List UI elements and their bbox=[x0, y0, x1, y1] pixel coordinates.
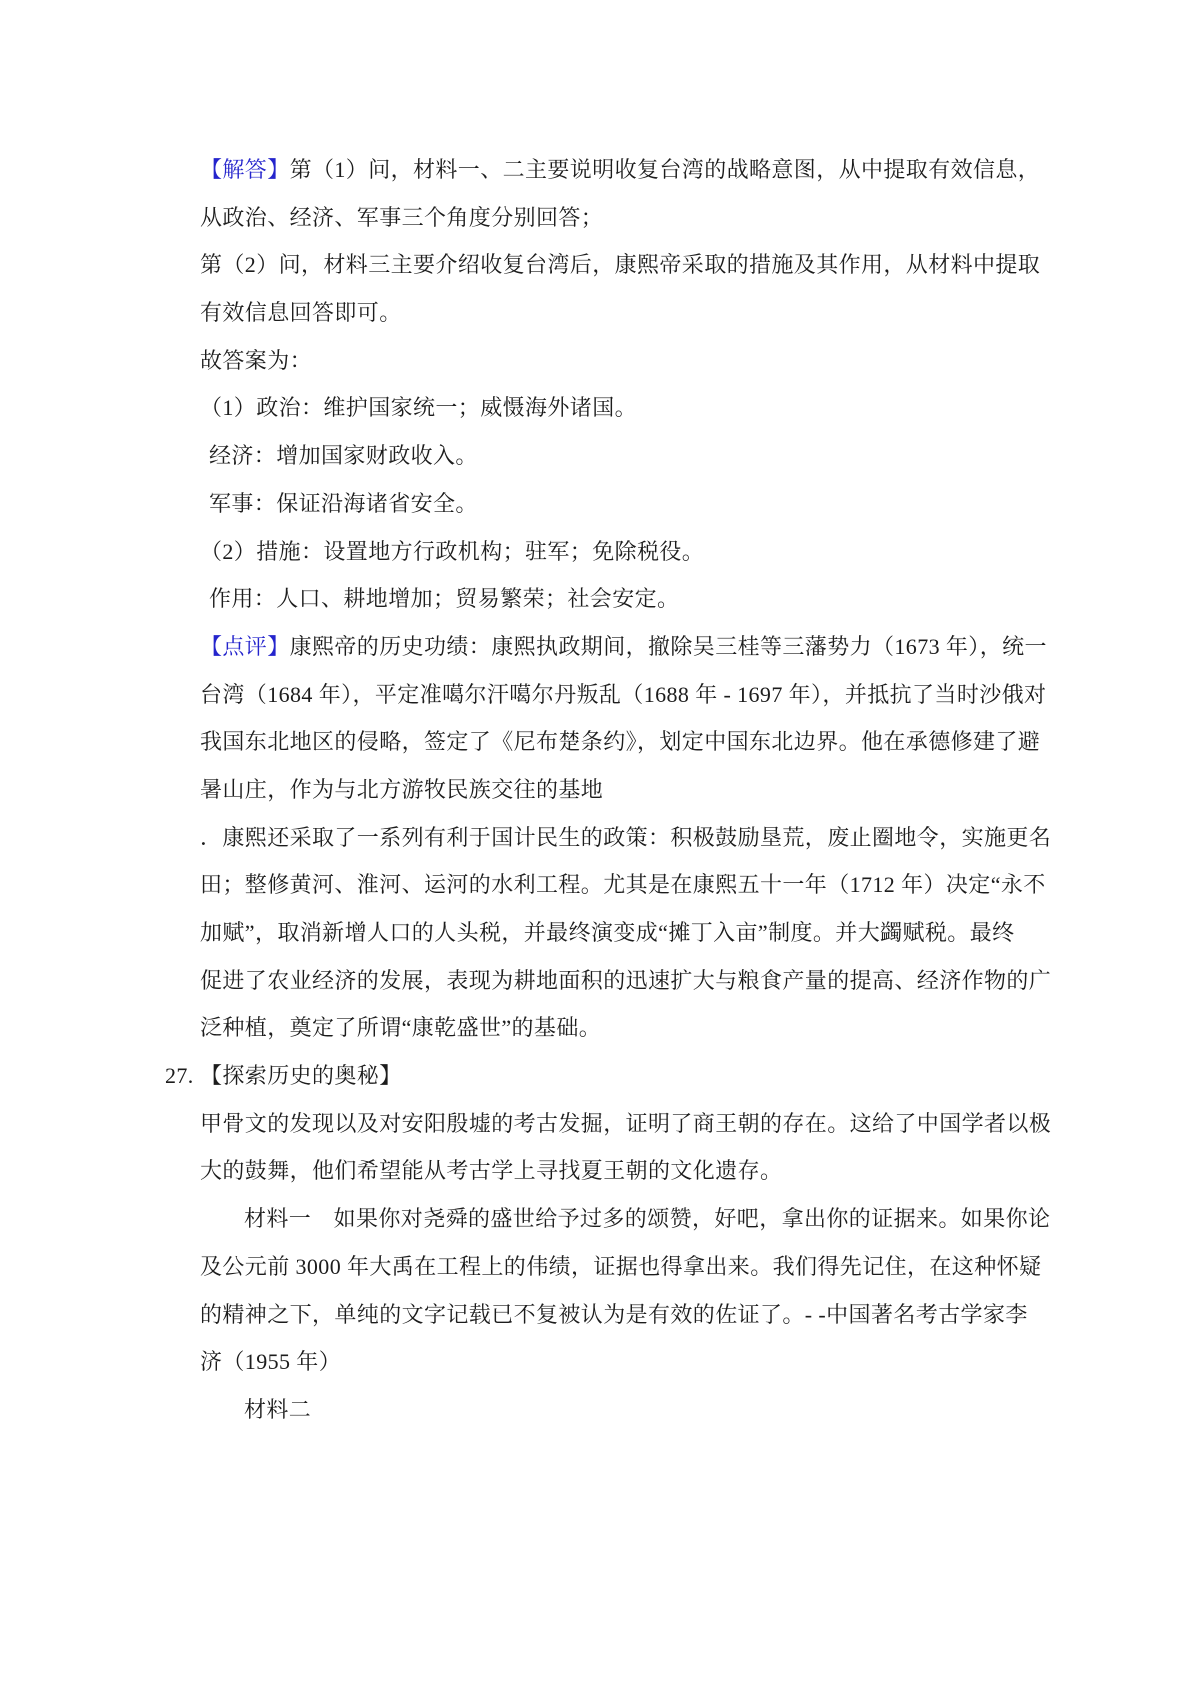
line-text: 康熙帝的历史功绩：康熙执政期间，撤除吴三桂等三藩势力（1673 年），统一 bbox=[290, 634, 1047, 659]
text-line: 从政治、经济、军事三个角度分别回答； bbox=[200, 194, 1030, 242]
text-line: 泛种植，奠定了所谓“康乾盛世”的基础。 bbox=[200, 1004, 1030, 1052]
text-line: 有效信息回答即可。 bbox=[200, 289, 1030, 337]
line-text: （1）政治：维护国家统一；威慑海外诸国。 bbox=[200, 395, 637, 420]
text-line: 促进了农业经济的发展，表现为耕地面积的迅速扩大与粮食产量的提高、经济作物的广 bbox=[200, 957, 1030, 1005]
line-text: 经济：增加国家财政收入。 bbox=[209, 443, 478, 468]
text-line: 作用：人口、耕地增加；贸易繁荣；社会安定。 bbox=[200, 575, 1030, 623]
document-page: 【解答】第（1）问，材料一、二主要说明收复台湾的战略意图，从中提取有效信息，从政… bbox=[0, 0, 1200, 1698]
line-text: 甲骨文的发现以及对安阳殷墟的考古发掘，证明了商王朝的存在。这给了中国学者以极 bbox=[200, 1111, 1051, 1136]
line-text: 我国东北地区的侵略，签定了《尼布楚条约》，划定中国东北边界。他在承德修建了避 bbox=[200, 729, 1040, 754]
text-line: 暑山庄，作为与北方游牧民族交往的基地 bbox=[200, 766, 1030, 814]
line-text: 加赋”，取消新增人口的人头税，并最终演变成“摊丁入亩”制度。并大蠲赋税。最终 bbox=[200, 920, 1015, 945]
text-line: （2）措施：设置地方行政机构；驻军；免除税役。 bbox=[200, 528, 1030, 576]
answer-section-tag: 【点评】 bbox=[200, 634, 290, 659]
text-line: 经济：增加国家财政收入。 bbox=[200, 432, 1030, 480]
text-line: 济（1955 年） bbox=[200, 1338, 1030, 1386]
text-line: 甲骨文的发现以及对安阳殷墟的考古发掘，证明了商王朝的存在。这给了中国学者以极 bbox=[200, 1100, 1030, 1148]
line-text: 第（1）问，材料一、二主要说明收复台湾的战略意图，从中提取有效信息， bbox=[290, 157, 1041, 182]
answer-section-tag: 【解答】 bbox=[200, 157, 290, 182]
text-line: 加赋”，取消新增人口的人头税，并最终演变成“摊丁入亩”制度。并大蠲赋税。最终 bbox=[200, 909, 1030, 957]
text-line: 材料一 如果你对尧舜的盛世给予过多的颂赞，好吧，拿出你的证据来。如果你论 bbox=[200, 1195, 1030, 1243]
line-text: （2）措施：设置地方行政机构；驻军；免除税役。 bbox=[200, 539, 704, 564]
text-line: 及公元前 3000 年大禹在工程上的伟绩，证据也得拿出来。我们得先记住，在这种怀… bbox=[200, 1243, 1030, 1291]
line-text: 大的鼓舞，他们希望能从考古学上寻找夏王朝的文化遗存。 bbox=[200, 1158, 782, 1183]
line-text: 田；整修黄河、淮河、运河的水利工程。尤其是在康熙五十一年（1712 年）决定“永… bbox=[200, 872, 1046, 897]
line-text: 材料一 如果你对尧舜的盛世给予过多的颂赞，好吧，拿出你的证据来。如果你论 bbox=[244, 1206, 1050, 1231]
line-text: 及公元前 3000 年大禹在工程上的伟绩，证据也得拿出来。我们得先记住，在这种怀… bbox=[200, 1254, 1041, 1279]
text-line: 故答案为： bbox=[200, 337, 1030, 385]
line-text: 【探索历史的奥秘】 bbox=[200, 1063, 402, 1088]
text-line: 27.【探索历史的奥秘】 bbox=[200, 1052, 1030, 1100]
text-line: 台湾（1684 年），平定准噶尔汗噶尔丹叛乱（1688 年 - 1697 年），… bbox=[200, 671, 1030, 719]
line-text: 的精神之下，单纯的文字记载已不复被认为是有效的佐证了。- -中国著名考古学家李 bbox=[200, 1302, 1028, 1327]
text-line: 军事：保证沿海诸省安全。 bbox=[200, 480, 1030, 528]
text-line: 我国东北地区的侵略，签定了《尼布楚条约》，划定中国东北边界。他在承德修建了避 bbox=[200, 718, 1030, 766]
question-number: 27. bbox=[165, 1052, 200, 1100]
line-text: 军事：保证沿海诸省安全。 bbox=[209, 491, 478, 516]
text-line: 【解答】第（1）问，材料一、二主要说明收复台湾的战略意图，从中提取有效信息， bbox=[200, 146, 1030, 194]
line-text: 暑山庄，作为与北方游牧民族交往的基地 bbox=[200, 777, 603, 802]
line-text: 济（1955 年） bbox=[200, 1349, 341, 1374]
line-text: ．康熙还采取了一系列有利于国计民生的政策：积极鼓励垦荒，废止圈地令，实施更名 bbox=[200, 825, 1051, 850]
text-line: 【点评】康熙帝的历史功绩：康熙执政期间，撤除吴三桂等三藩势力（1673 年），统… bbox=[200, 623, 1030, 671]
line-text: 第（2）问，材料三主要介绍收复台湾后，康熙帝采取的措施及其作用，从材料中提取 bbox=[200, 252, 1040, 277]
text-line: （1）政治：维护国家统一；威慑海外诸国。 bbox=[200, 384, 1030, 432]
line-text: 故答案为： bbox=[200, 348, 312, 373]
line-text: 台湾（1684 年），平定准噶尔汗噶尔丹叛乱（1688 年 - 1697 年），… bbox=[200, 682, 1046, 707]
text-line: ．康熙还采取了一系列有利于国计民生的政策：积极鼓励垦荒，废止圈地令，实施更名 bbox=[200, 814, 1030, 862]
text-line: 材料二 bbox=[200, 1386, 1030, 1434]
line-text: 作用：人口、耕地增加；贸易繁荣；社会安定。 bbox=[209, 586, 679, 611]
text-line: 的精神之下，单纯的文字记载已不复被认为是有效的佐证了。- -中国著名考古学家李 bbox=[200, 1291, 1030, 1339]
line-text: 材料二 bbox=[244, 1397, 311, 1422]
text-line: 田；整修黄河、淮河、运河的水利工程。尤其是在康熙五十一年（1712 年）决定“永… bbox=[200, 861, 1030, 909]
line-text: 促进了农业经济的发展，表现为耕地面积的迅速扩大与粮食产量的提高、经济作物的广 bbox=[200, 968, 1051, 993]
line-text: 泛种植，奠定了所谓“康乾盛世”的基础。 bbox=[200, 1015, 601, 1040]
text-line: 第（2）问，材料三主要介绍收复台湾后，康熙帝采取的措施及其作用，从材料中提取 bbox=[200, 241, 1030, 289]
text-line: 大的鼓舞，他们希望能从考古学上寻找夏王朝的文化遗存。 bbox=[200, 1147, 1030, 1195]
document-body: 【解答】第（1）问，材料一、二主要说明收复台湾的战略意图，从中提取有效信息，从政… bbox=[200, 146, 1030, 1434]
line-text: 从政治、经济、军事三个角度分别回答； bbox=[200, 205, 603, 230]
line-text: 有效信息回答即可。 bbox=[200, 300, 402, 325]
